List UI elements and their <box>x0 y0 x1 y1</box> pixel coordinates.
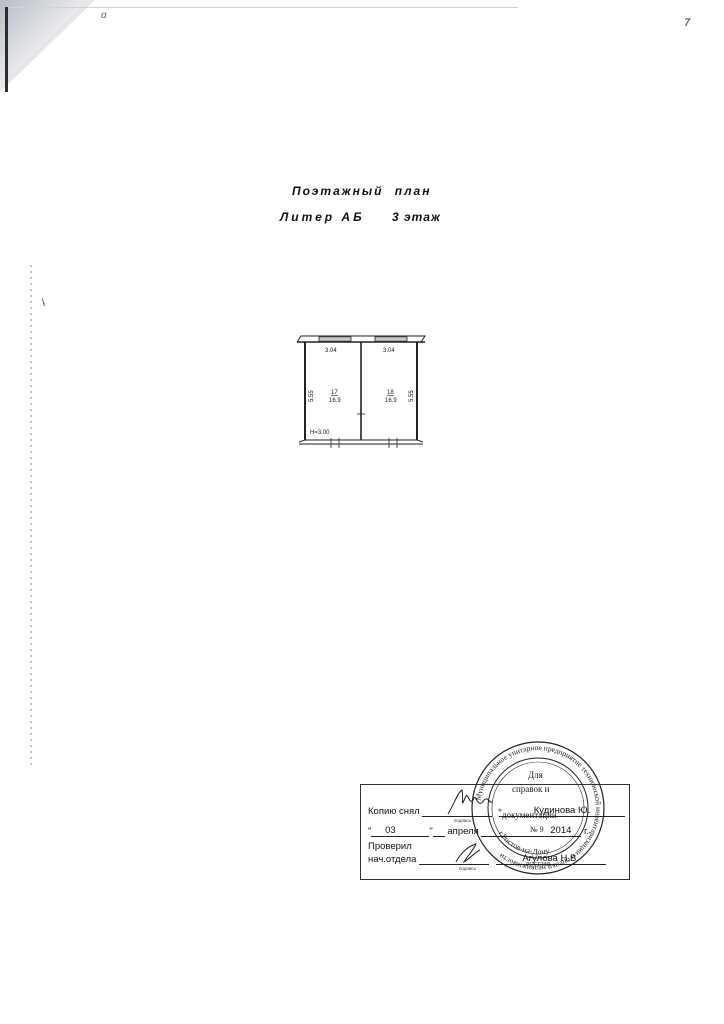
room-18-area: 16.9 <box>385 398 397 404</box>
copy-made-label: Копию снял <box>368 806 420 817</box>
page-top-edge <box>8 7 518 8</box>
room-18-width: 3.04 <box>383 348 395 354</box>
room-17-width: 3.04 <box>325 348 337 354</box>
stamp-center-line1: Для <box>528 770 543 780</box>
official-stamp: Муниципальное унитарное предприятие техн… <box>468 738 608 878</box>
stamp-center-line3: документации <box>502 810 557 820</box>
ceiling-height: H=3.00 <box>310 430 330 436</box>
stamp-country-text: РОССИЯ <box>526 862 550 868</box>
liter-label: Литер АБ <box>280 210 365 224</box>
room-17-length: 5.55 <box>309 390 315 402</box>
room-18-length: 5.55 <box>409 390 415 402</box>
floor-label: 3 этаж <box>392 210 441 224</box>
page-number: 7 <box>684 17 690 29</box>
date-day: 03 <box>371 825 409 837</box>
checked-label-line2: нач.отдела <box>368 854 416 865</box>
room-17-number: 17 <box>331 390 338 396</box>
day-line <box>409 836 429 837</box>
room-18-number: 18 <box>387 390 394 396</box>
floor-plan: 3.04 3.04 5.55 5.55 17 16.9 18 16.9 H=3.… <box>293 330 429 450</box>
stamp-center-line4: № 9 <box>530 825 544 834</box>
scan-binding-dots <box>30 265 32 765</box>
room-17-area: 16.9 <box>329 398 341 404</box>
stamp-center-line2: справок и <box>512 784 550 794</box>
checked-label-line1: Проверил <box>368 841 412 852</box>
scan-mark: \ <box>42 298 45 309</box>
scan-mark: ɑ <box>101 10 107 21</box>
stamp-star: * <box>498 807 502 816</box>
page-edge <box>5 7 8 92</box>
month-line <box>433 836 445 837</box>
plan-title: Поэтажный план <box>292 184 431 198</box>
